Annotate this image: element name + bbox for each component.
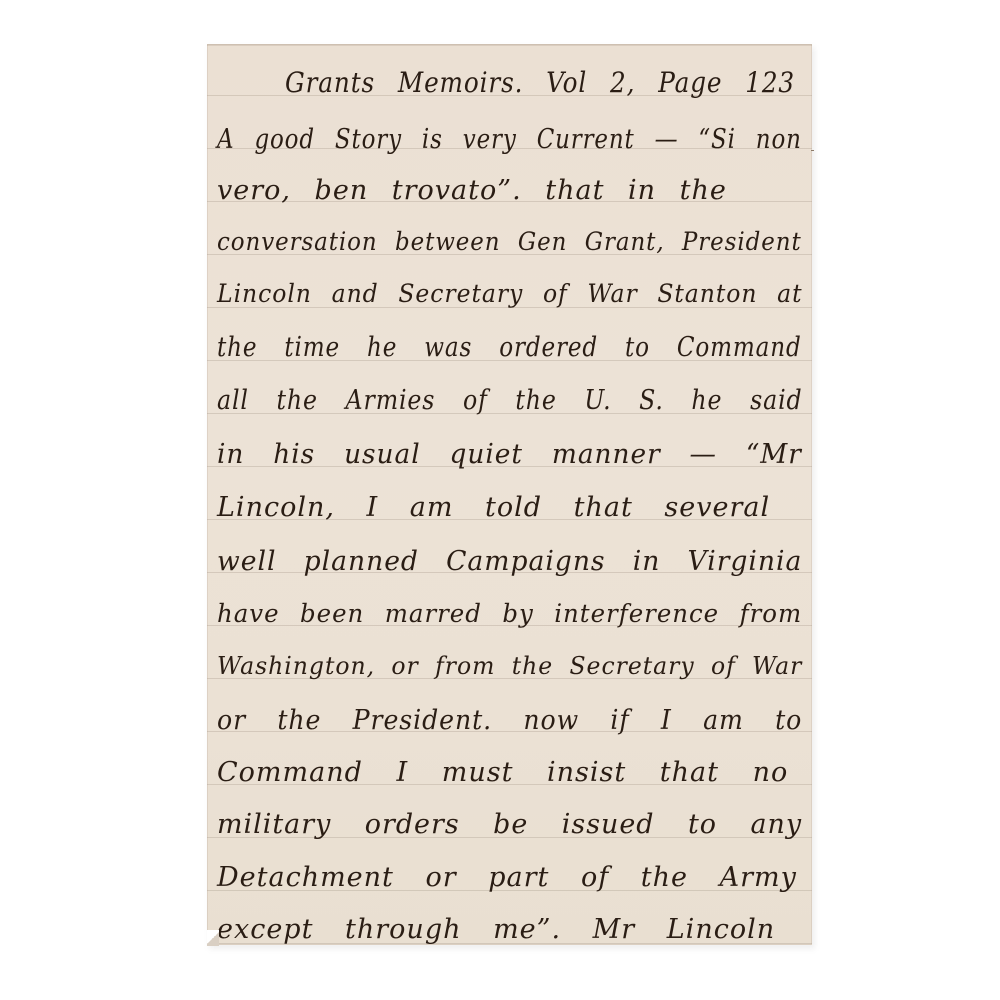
handwritten-line: the time he was ordered to Command xyxy=(217,332,802,363)
handwritten-line: Command I must insist that no xyxy=(217,757,788,788)
handwritten-line: all the Armies of the U. S. he said xyxy=(217,385,803,416)
document-stage: Grants Memoirs. Vol 2, Page 123 A good S… xyxy=(0,0,1000,1000)
folded-corner xyxy=(207,930,219,946)
page-title: Grants Memoirs. Vol 2, Page 123 xyxy=(285,66,795,99)
handwritten-line: in his usual quiet manner — “Mr xyxy=(217,439,802,470)
handwritten-line: vero, ben trovato”. that in the xyxy=(217,175,727,206)
handwritten-line: conversation between Gen Grant, Presiden… xyxy=(217,227,802,256)
handwritten-line: Detachment or part of the Army xyxy=(217,862,797,893)
paper-edge-nick xyxy=(811,150,814,151)
handwritten-line: A good Story is very Current — “Si non xyxy=(217,124,802,155)
handwritten-line: well planned Campaigns in Virginia xyxy=(217,546,802,577)
handwritten-line: Washington, or from the Secretary of War xyxy=(217,652,802,680)
manuscript-page: Grants Memoirs. Vol 2, Page 123 A good S… xyxy=(207,44,812,945)
handwritten-line: except through me”. Mr Lincoln xyxy=(217,914,775,945)
handwritten-line: have been marred by interference from xyxy=(217,599,802,628)
handwritten-line: military orders be issued to any xyxy=(217,809,802,840)
handwritten-line: Lincoln, I am told that several xyxy=(217,492,770,523)
handwritten-line: Lincoln and Secretary of War Stanton at xyxy=(217,279,803,308)
handwritten-line: or the President. now if I am to xyxy=(217,705,802,736)
